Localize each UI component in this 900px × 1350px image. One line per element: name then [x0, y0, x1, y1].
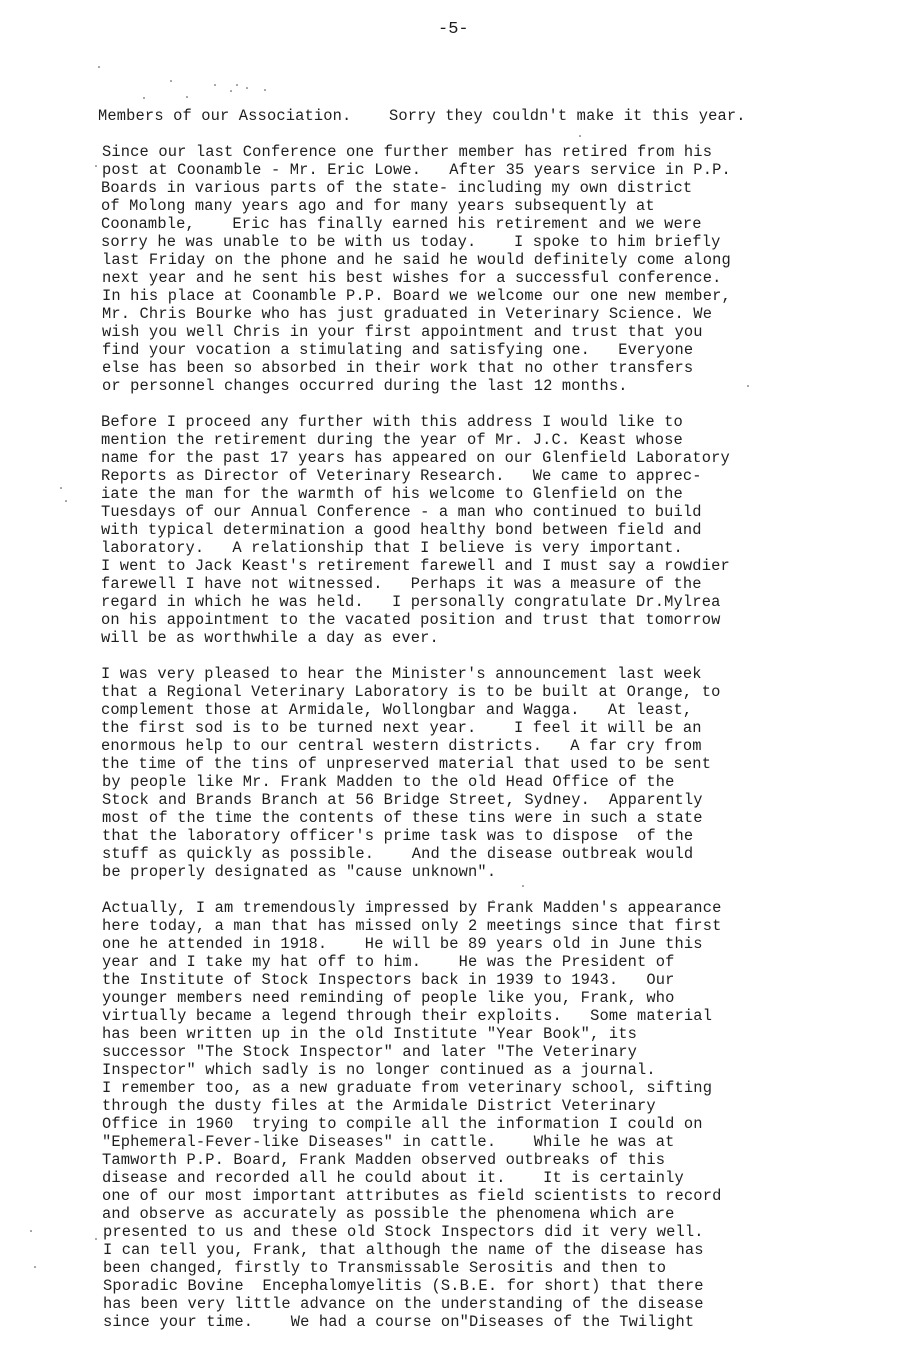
scan-speck: [60, 487, 62, 489]
scan-speck: [747, 385, 749, 387]
text-line: enormous help to our central western dis…: [101, 737, 702, 755]
text-line: Mr. Chris Bourke who has just graduated …: [102, 305, 712, 323]
text-line: year and I take my hat off to him. He wa…: [102, 953, 675, 971]
text-line: Members of our Association. Sorry they c…: [98, 107, 746, 125]
scan-speck: [230, 90, 232, 92]
text-line: the first sod is to be turned next year.…: [101, 719, 702, 737]
text-line: since your time. We had a course on"Dise…: [103, 1313, 694, 1331]
text-line: be properly designated as "cause unknown…: [102, 863, 496, 881]
scan-speck: [264, 89, 266, 91]
scan-speck: [30, 1230, 32, 1232]
text-line: laboratory. A relationship that I believ…: [101, 539, 683, 557]
text-line: Boards in various parts of the state- in…: [101, 179, 692, 197]
text-line: last Friday on the phone and he said he …: [102, 251, 731, 269]
text-line: successor "The Stock Inspector" and late…: [102, 1043, 637, 1061]
text-line: Before I proceed any further with this a…: [101, 413, 683, 431]
text-line: I remember too, as a new graduate from v…: [102, 1079, 712, 1097]
scan-speck: [170, 80, 172, 82]
text-line: that the laboratory officer's prime task…: [102, 827, 693, 845]
scan-speck: [214, 84, 216, 86]
text-line: Office in 1960 trying to compile all the…: [102, 1115, 703, 1133]
text-line: post at Coonamble - Mr. Eric Lowe. After…: [102, 161, 731, 179]
page-number: -5-: [438, 20, 469, 39]
text-line: of Molong many years ago and for many ye…: [101, 197, 655, 215]
text-line: stuff as quickly as possible. And the di…: [102, 845, 693, 863]
text-line: that a Regional Veterinary Laboratory is…: [101, 683, 720, 701]
scan-speck: [143, 97, 145, 99]
text-line: with typical determination a good health…: [101, 521, 702, 539]
scan-speck: [236, 84, 238, 86]
text-line: disease and recorded all he could about …: [102, 1169, 684, 1187]
text-line: Reports as Director of Veterinary Resear…: [101, 467, 702, 485]
text-line: on his appointment to the vacated positi…: [101, 611, 720, 629]
text-line: Since our last Conference one further me…: [102, 143, 712, 161]
scan-speck: [246, 87, 248, 89]
document-page: -5- Members of our Association. Sorry th…: [0, 0, 900, 1350]
scan-speck: [65, 500, 67, 502]
text-line: Coonamble, Eric has finally earned his r…: [101, 215, 702, 233]
text-line: sorry he was unable to be with us today.…: [101, 233, 720, 251]
text-line: and observe as accurately as possible th…: [102, 1205, 675, 1223]
text-line: will be as worthwhile a day as ever.: [101, 629, 439, 647]
text-line: through the dusty files at the Armidale …: [102, 1097, 656, 1115]
text-line: younger members need reminding of people…: [102, 989, 675, 1007]
text-line: find your vocation a stimulating and sat…: [102, 341, 693, 359]
text-line: Sporadic Bovine Encephalomyelitis (S.B.E…: [103, 1277, 704, 1295]
text-line: virtually became a legend through their …: [102, 1007, 712, 1025]
text-line: here today, a man that has missed only 2…: [102, 917, 721, 935]
text-line: has been very little advance on the unde…: [103, 1295, 704, 1313]
text-line: mention the retirement during the year o…: [101, 431, 683, 449]
scan-speck: [34, 1266, 36, 1268]
text-line: else has been so absorbed in their work …: [102, 359, 693, 377]
text-line: Tamworth P.P. Board, Frank Madden observ…: [102, 1151, 665, 1169]
text-line: name for the past 17 years has appeared …: [101, 449, 730, 467]
text-line: been changed, firstly to Transmissable S…: [103, 1259, 666, 1277]
text-line: presented to us and these old Stock Insp…: [103, 1223, 704, 1241]
text-line: Stock and Brands Branch at 56 Bridge Str…: [102, 791, 703, 809]
text-line: or personnel changes occurred during the…: [102, 377, 628, 395]
text-line: the time of the tins of unpreserved mate…: [101, 755, 711, 773]
text-line: Tuesdays of our Annual Conference - a ma…: [101, 503, 702, 521]
text-line: next year and he sent his best wishes fo…: [102, 269, 721, 287]
text-line: wish you well Chris in your first appoin…: [102, 323, 703, 341]
text-line: one of our most important attributes as …: [102, 1187, 721, 1205]
text-line: I can tell you, Frank, that although the…: [103, 1241, 704, 1259]
text-line: In his place at Coonamble P.P. Board we …: [102, 287, 731, 305]
text-line: has been written up in the old Institute…: [102, 1025, 637, 1043]
text-line: I went to Jack Keast's retirement farewe…: [101, 557, 730, 575]
text-line: one he attended in 1918. He will be 89 y…: [102, 935, 703, 953]
text-line: Inspector" which sadly is no longer cont…: [102, 1061, 656, 1079]
scan-speck: [492, 900, 494, 902]
text-line: iate the man for the warmth of his welco…: [101, 485, 683, 503]
scan-speck: [579, 135, 581, 137]
text-line: "Ephemeral-Fever-like Diseases" in cattl…: [102, 1133, 675, 1151]
text-line: the Institute of Stock Inspectors back i…: [102, 971, 675, 989]
scan-speck: [522, 885, 524, 887]
text-line: farewell I have not witnessed. Perhaps i…: [101, 575, 702, 593]
text-line: complement those at Armidale, Wollongbar…: [101, 701, 692, 719]
scan-speck: [186, 96, 188, 98]
scan-speck: [95, 165, 97, 167]
text-line: I was very pleased to hear the Minister'…: [101, 665, 702, 683]
scan-speck: [95, 1238, 97, 1240]
text-line: most of the time the contents of these t…: [102, 809, 703, 827]
text-line: by people like Mr. Frank Madden to the o…: [102, 773, 675, 791]
text-line: regard in which he was held. I personall…: [101, 593, 720, 611]
scan-speck: [98, 66, 100, 68]
text-line: Actually, I am tremendously impressed by…: [102, 899, 721, 917]
